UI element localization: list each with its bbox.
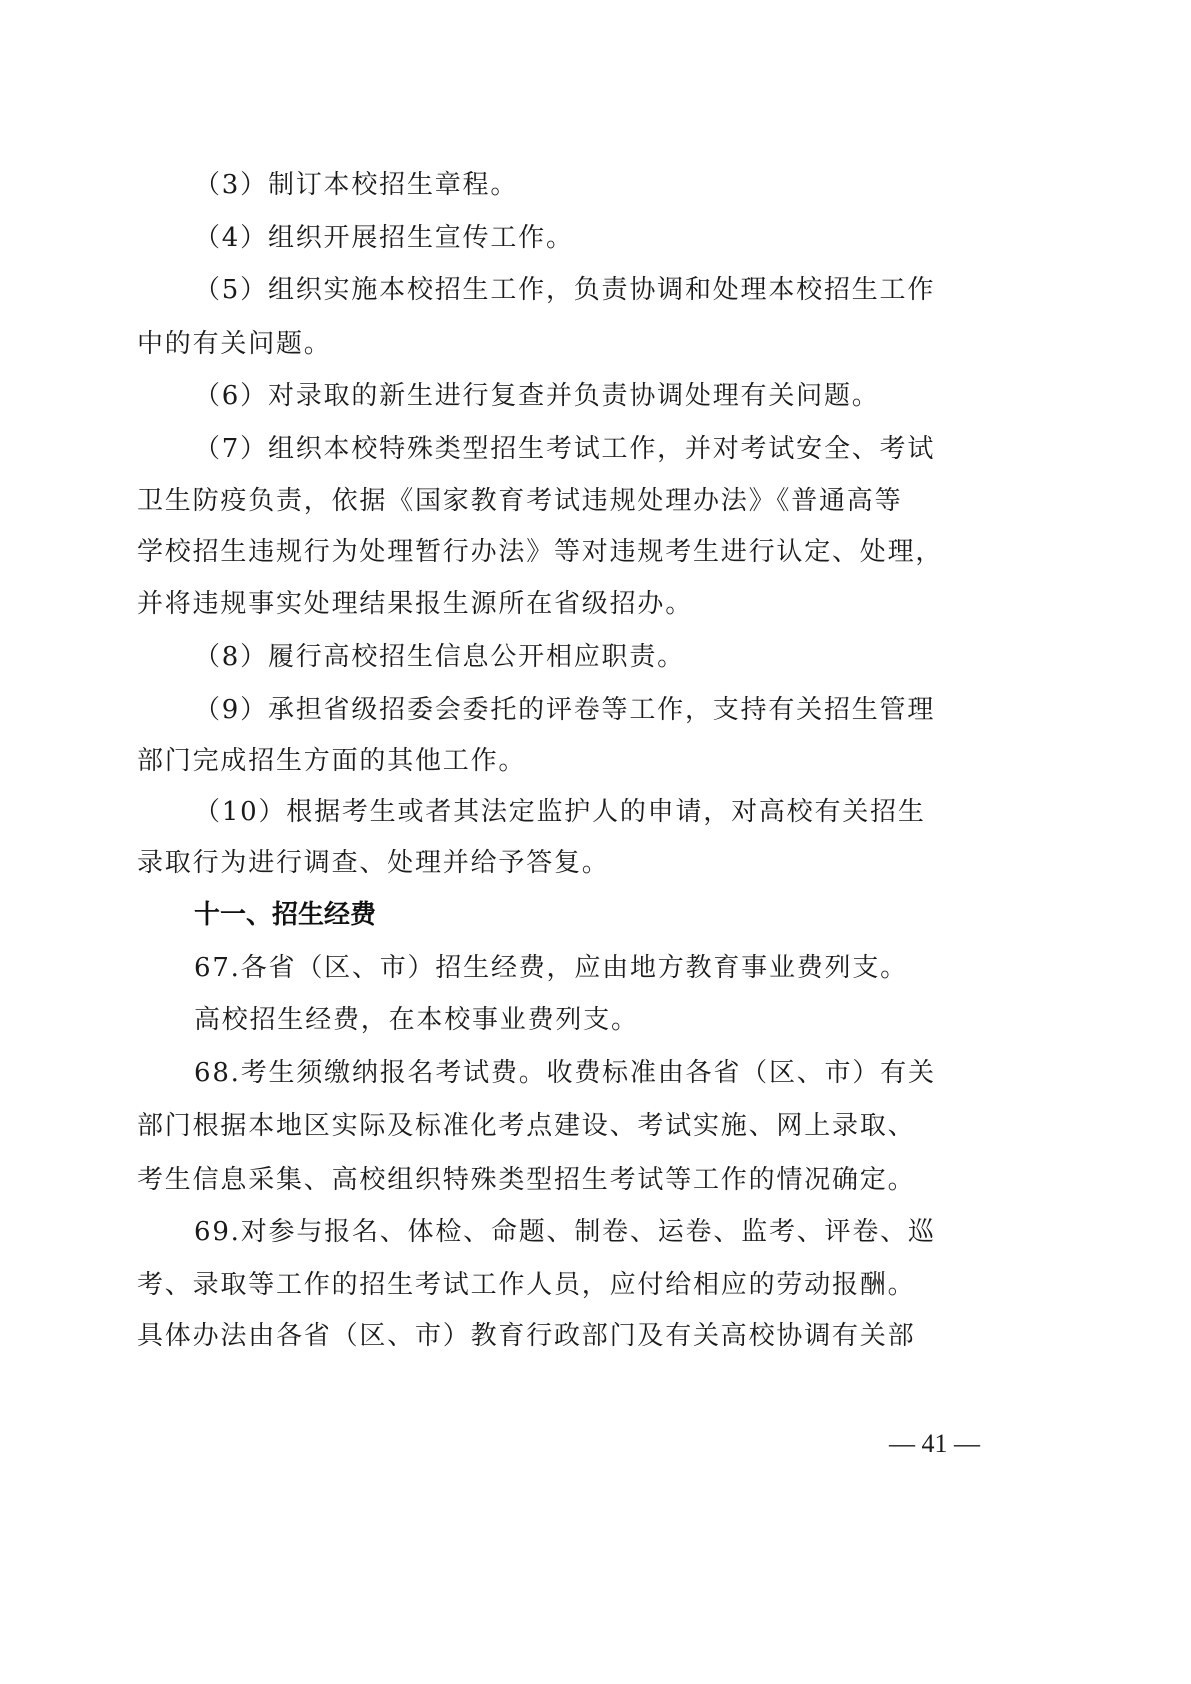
paragraph-line: 67.各省（区、市）招生经费，应由地方教育事业费列支。: [194, 948, 1034, 988]
paragraph-line: （8）履行高校招生信息公开相应职责。: [194, 637, 1034, 677]
paragraph-line: 68.考生须缴纳报名考试费。收费标准由各省（区、市）有关: [194, 1053, 1034, 1093]
paragraph-line: 69.对参与报名、体检、命题、制卷、运卷、监考、评卷、巡: [194, 1212, 1034, 1252]
paragraph-line: 具体办法由各省（区、市）教育行政部门及有关高校协调有关部: [137, 1316, 977, 1356]
section-heading: 十一、招生经费: [194, 895, 1034, 935]
paragraph-line: 考、录取等工作的招生考试工作人员，应付给相应的劳动报酬。: [137, 1265, 977, 1305]
paragraph-line: 中的有关问题。: [137, 324, 977, 364]
paragraph-line: 卫生防疫负责，依据《国家教育考试违规处理办法》《普通高等: [137, 481, 977, 521]
paragraph-line: （4）组织开展招生宣传工作。: [194, 218, 1034, 258]
paragraph-line: （3）制订本校招生章程。: [194, 165, 1034, 205]
paragraph-line: （7）组织本校特殊类型招生考试工作，并对考试安全、考试: [194, 429, 1034, 469]
paragraph-line: （9）承担省级招委会委托的评卷等工作，支持有关招生管理: [194, 690, 1034, 730]
paragraph-line: （6）对录取的新生进行复查并负责协调处理有关问题。: [194, 376, 1034, 416]
paragraph-line: 高校招生经费，在本校事业费列支。: [194, 1000, 1034, 1040]
document-page: （3）制订本校招生章程。（4）组织开展招生宣传工作。（5）组织实施本校招生工作，…: [0, 0, 1191, 1684]
paragraph-line: 录取行为进行调查、处理并给予答复。: [137, 843, 977, 883]
paragraph-line: （5）组织实施本校招生工作，负责协调和处理本校招生工作: [194, 270, 1034, 310]
paragraph-line: 并将违规事实处理结果报生源所在省级招办。: [137, 584, 977, 624]
paragraph-line: 考生信息采集、高校组织特殊类型招生考试等工作的情况确定。: [137, 1160, 977, 1200]
paragraph-line: 学校招生违规行为处理暂行办法》等对违规考生进行认定、处理，: [137, 532, 977, 572]
page-number: — 41 —: [860, 1424, 980, 1464]
paragraph-line: 部门根据本地区实际及标准化考点建设、考试实施、网上录取、: [137, 1106, 977, 1146]
paragraph-line: （10）根据考生或者其法定监护人的申请，对高校有关招生: [194, 792, 1034, 832]
paragraph-line: 部门完成招生方面的其他工作。: [137, 741, 977, 781]
